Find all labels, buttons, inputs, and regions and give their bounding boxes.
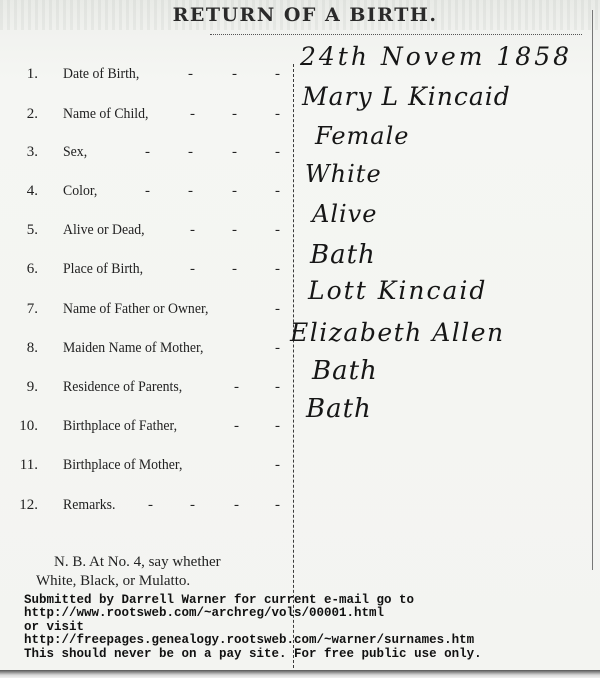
leader-dash: - bbox=[190, 497, 195, 514]
field-number: 7. bbox=[10, 301, 38, 318]
field-label: Residence of Parents, bbox=[63, 379, 182, 396]
field-row-maiden-name-of-mother: 8. Maiden Name of Mother, - bbox=[0, 340, 293, 370]
leader-dash: - bbox=[232, 222, 237, 239]
leader-dash: - bbox=[275, 457, 280, 474]
field-number: 9. bbox=[10, 379, 38, 396]
leader-dash: - bbox=[190, 261, 195, 278]
scan-bottom-edge bbox=[0, 670, 600, 678]
column-divider bbox=[293, 64, 294, 678]
document-title: RETURN OF A BIRTH. bbox=[140, 4, 470, 26]
leader-dash: - bbox=[232, 144, 237, 161]
field-label: Name of Father or Owner, bbox=[63, 301, 208, 318]
field-number: 6. bbox=[10, 261, 38, 278]
leader-dash: - bbox=[188, 144, 193, 161]
field-number: 5. bbox=[10, 222, 38, 239]
handwritten-alive-or-dead: Alive bbox=[312, 200, 377, 228]
field-row-birthplace-of-mother: 11. Birthplace of Mother, - bbox=[0, 457, 293, 487]
leader-dash: - bbox=[234, 379, 239, 396]
field-row-alive-or-dead: 5. Alive or Dead, - - - bbox=[0, 222, 293, 252]
handwritten-color: White bbox=[305, 160, 382, 188]
leader-dash: - bbox=[145, 144, 150, 161]
leader-dash: - bbox=[275, 106, 280, 123]
handwritten-place-of-birth: Bath bbox=[310, 240, 376, 270]
page-edge bbox=[592, 10, 593, 570]
field-label: Birthplace of Mother, bbox=[63, 457, 182, 474]
leader-dash: - bbox=[148, 497, 153, 514]
handwritten-sex: Female bbox=[315, 122, 410, 150]
field-number: 2. bbox=[10, 106, 38, 123]
note-line-1: N. B. At No. 4, say whether bbox=[36, 553, 288, 572]
leader-dash: - bbox=[275, 418, 280, 435]
field-label: Color, bbox=[63, 183, 97, 200]
leader-dash: - bbox=[275, 261, 280, 278]
field-number: 4. bbox=[10, 183, 38, 200]
field-label: Date of Birth, bbox=[63, 66, 139, 83]
field-label: Maiden Name of Mother, bbox=[63, 340, 203, 357]
field-row-sex: 3. Sex, - - - - bbox=[0, 144, 293, 174]
leader-dash: - bbox=[145, 183, 150, 200]
field-number: 1. bbox=[10, 66, 38, 83]
leader-dash: - bbox=[188, 66, 193, 83]
leader-dash: - bbox=[234, 497, 239, 514]
leader-dash: - bbox=[275, 379, 280, 396]
leader-dash: - bbox=[232, 66, 237, 83]
leader-dash: - bbox=[190, 106, 195, 123]
field-number: 3. bbox=[10, 144, 38, 161]
field-label: Remarks. bbox=[63, 497, 116, 514]
field-number: 12. bbox=[10, 497, 38, 514]
notice-line-usage: This should never be on a pay site. For … bbox=[24, 648, 482, 661]
leader-dash: - bbox=[275, 340, 280, 357]
field-row-name-of-child: 2. Name of Child, - - - bbox=[0, 106, 293, 136]
leader-dash: - bbox=[188, 183, 193, 200]
field-row-remarks: 12. Remarks. - - - - bbox=[0, 497, 293, 527]
field-number: 11. bbox=[10, 457, 38, 474]
leader-dash: - bbox=[234, 418, 239, 435]
dotted-rule bbox=[210, 34, 582, 35]
notice-line-submitted: Submitted by Darrell Warner for current … bbox=[24, 594, 482, 607]
field-label: Birthplace of Father, bbox=[63, 418, 177, 435]
scanned-document: RETURN OF A BIRTH. 1. Date of Birth, - -… bbox=[0, 0, 600, 678]
field-row-date-of-birth: 1. Date of Birth, - - - bbox=[0, 66, 293, 96]
notice-line-or-visit: or visit bbox=[24, 621, 482, 634]
handwritten-mother-maiden-name: Elizabeth Allen bbox=[290, 318, 505, 347]
field-row-residence-of-parents: 9. Residence of Parents, - - bbox=[0, 379, 293, 409]
instruction-note: N. B. At No. 4, say whether White, Black… bbox=[36, 553, 288, 591]
handwritten-date-of-birth: 24th Novem 1858 bbox=[300, 42, 572, 71]
field-row-color: 4. Color, - - - - bbox=[0, 183, 293, 213]
field-row-name-of-father: 7. Name of Father or Owner, - bbox=[0, 301, 293, 331]
leader-dash: - bbox=[275, 66, 280, 83]
handwritten-birthplace-of-father: Bath bbox=[306, 394, 372, 424]
handwritten-residence-of-parents: Bath bbox=[312, 356, 378, 386]
leader-dash: - bbox=[275, 222, 280, 239]
field-number: 10. bbox=[10, 418, 38, 435]
leader-dash: - bbox=[190, 222, 195, 239]
leader-dash: - bbox=[232, 261, 237, 278]
notice-link-freepages: http://freepages.genealogy.rootsweb.com/… bbox=[24, 634, 482, 647]
leader-dash: - bbox=[275, 144, 280, 161]
handwritten-father-name: Lott Kincaid bbox=[308, 276, 487, 305]
field-row-place-of-birth: 6. Place of Birth, - - - bbox=[0, 261, 293, 291]
leader-dash: - bbox=[275, 497, 280, 514]
field-row-birthplace-of-father: 10. Birthplace of Father, - - bbox=[0, 418, 293, 448]
field-label: Sex, bbox=[63, 144, 87, 161]
leader-dash: - bbox=[232, 183, 237, 200]
leader-dash: - bbox=[232, 106, 237, 123]
leader-dash: - bbox=[275, 301, 280, 318]
handwritten-name-of-child: Mary L Kincaid bbox=[302, 82, 511, 111]
notice-link-archreg: http://www.rootsweb.com/~archreg/vols/00… bbox=[24, 607, 482, 620]
field-label: Alive or Dead, bbox=[63, 222, 145, 239]
submission-notice: Submitted by Darrell Warner for current … bbox=[24, 594, 482, 661]
field-number: 8. bbox=[10, 340, 38, 357]
leader-dash: - bbox=[275, 183, 280, 200]
field-label: Place of Birth, bbox=[63, 261, 143, 278]
note-line-2: White, Black, or Mulatto. bbox=[36, 573, 190, 589]
field-label: Name of Child, bbox=[63, 106, 148, 123]
